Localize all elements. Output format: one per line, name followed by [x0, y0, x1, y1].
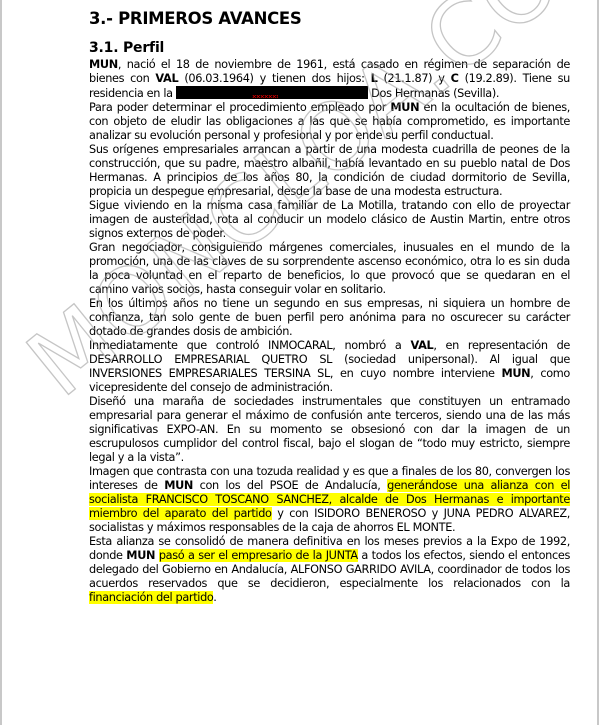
- paragraph-procedure: Para poder determinar el procedimiento e…: [89, 101, 570, 143]
- redaction-bar: [176, 86, 368, 99]
- section-title: 3.- PRIMEROS AVANCES: [89, 8, 570, 30]
- document-page: 3.- PRIMEROS AVANCES 3.1. Perfil MUN, na…: [0, 0, 599, 725]
- name-mun: MUN: [89, 58, 118, 71]
- paragraph-instrumental-companies: Diseñó una maraña de sociedades instrume…: [89, 395, 570, 465]
- paragraph-origins: Sus orígenes empresariales arrancan a pa…: [89, 143, 570, 199]
- paragraph-no-second: En los últimos años no tiene un segundo …: [89, 297, 570, 339]
- paragraph-psoe-alliance: Imagen que contrasta con una tozuda real…: [89, 465, 570, 535]
- paragraph-personal-data: MUN, nació el 18 de noviembre de 1961, e…: [89, 58, 570, 101]
- spellcheck-underline: [252, 95, 278, 98]
- name-mun: MUN: [164, 479, 193, 492]
- name-mun: MUN: [501, 367, 530, 380]
- paragraph-la-motilla: Sigue viviendo en la misma casa familiar…: [89, 199, 570, 241]
- highlighted-text: pasó a ser el empresario de la JUNTA: [159, 549, 358, 562]
- name-val: VAL: [410, 339, 433, 352]
- name-val: VAL: [155, 72, 178, 85]
- paragraph-expo-1992: Esta alianza se consolidó de manera defi…: [89, 535, 570, 605]
- paragraph-inmocaral: Inmediatamente que controló INMOCARAL, n…: [89, 339, 570, 395]
- document-body: 3.- PRIMEROS AVANCES 3.1. Perfil MUN, na…: [89, 8, 570, 605]
- name-mun: MUN: [126, 549, 155, 562]
- name-mun: MUN: [390, 101, 419, 114]
- highlighted-text: financiación del partido: [89, 591, 213, 604]
- paragraph-negotiator: Gran negociador, consiguiendo márgenes c…: [89, 241, 570, 297]
- subsection-title: 3.1. Perfil: [89, 38, 570, 58]
- name-c: C: [451, 72, 459, 85]
